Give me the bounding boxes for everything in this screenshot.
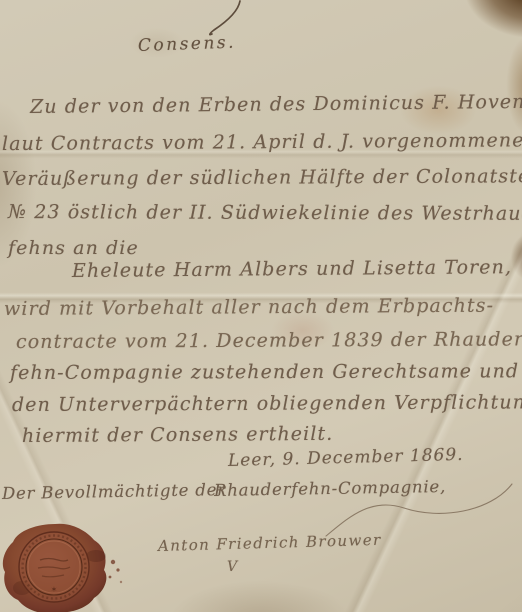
- signature: Anton Friedrich Brouwer: [158, 531, 382, 555]
- handwritten-line: laut Contracts vom 21. April d. J. vorge…: [2, 129, 522, 155]
- wax-seal: ✶: [0, 522, 150, 612]
- attestation-role: Der Bevollmächtigte der: [2, 480, 226, 503]
- handwritten-line: contracte vom 21. December 1839 der Rhau…: [16, 328, 522, 353]
- handwritten-line: fehns an die: [8, 237, 139, 259]
- document-page: Consens. Zu der von den Erben des Domini…: [0, 0, 522, 612]
- handwritten-line: hiermit der Consens ertheilt.: [22, 423, 333, 447]
- handwritten-line: Eheleute Harm Albers und Lisetta Toren,: [72, 256, 512, 282]
- handwritten-line: Veräußerung der südlichen Hälfte der Col…: [2, 165, 522, 190]
- seal-ring: [19, 532, 89, 602]
- dateline: Leer, 9. December 1869.: [228, 445, 464, 471]
- seal-wax-blob: [3, 524, 107, 612]
- handwritten-line: Zu der von den Erben des Dominicus F. Ho…: [30, 91, 522, 118]
- seal-crumbs: [109, 560, 123, 583]
- attestation-company: Rhauderfehn-Compagnie,: [214, 477, 446, 500]
- handwritten-line: wird mit Vorbehalt aller nach dem Erbpac…: [4, 295, 494, 320]
- notation-mark: V: [227, 559, 237, 575]
- handwritten-line: № 23 östlich der II. Südwiekelinie des W…: [8, 201, 522, 225]
- document-title: Consens.: [138, 33, 237, 56]
- handwritten-line: fehn-Compagnie zustehenden Gerechtsame u…: [10, 360, 522, 384]
- handwritten-line: den Unterverpächtern obliegenden Verpfli…: [12, 391, 522, 416]
- seal-star: ✶: [51, 585, 58, 594]
